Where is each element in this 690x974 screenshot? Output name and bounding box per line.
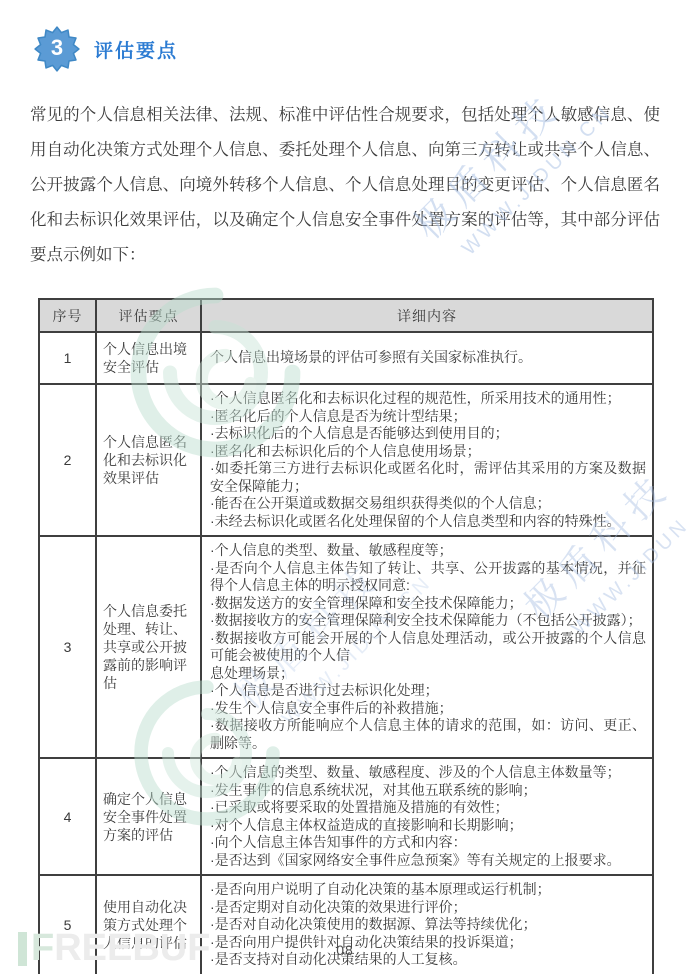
detail-item: ·已采取或将要采取的处置措施及措施的有效性； [210, 799, 646, 817]
details-cell: ·个人信息匿名化和去标识化过程的规范性，所采用技术的通用性；·匿名化后的个人信息… [201, 384, 653, 536]
row-number-cell: 2 [39, 384, 96, 536]
assessment-table: 序号 评估要点 详细内容 1个人信息出境安全评估个人信息出境场景的评估可参照有关… [38, 298, 654, 974]
table-body: 1个人信息出境安全评估个人信息出境场景的评估可参照有关国家标准执行。2个人信息匿… [39, 332, 653, 974]
detail-item: ·个人信息是否进行过去标识化处理； [210, 682, 646, 700]
col-header-point: 评估要点 [96, 299, 201, 332]
col-header-details: 详细内容 [201, 299, 653, 332]
details-cell: ·是否向用户说明了自动化决策的基本原理或运行机制；·是否定期对自动化决策的效果进… [201, 875, 653, 974]
detail-item: ·是否向个人信息主体告知了转让、共享、公开拔露的基本情况，并征得个人信息主体的明… [210, 560, 646, 595]
detail-item: ·个人信息匿名化和去标识化过程的规范性，所采用技术的通用性； [210, 390, 646, 408]
detail-item: ·是否定期对自动化决策的效果进行评价； [210, 899, 646, 917]
detail-item: ·向个人信息主体告知事件的方式和内容： [210, 834, 646, 852]
table-row: 4确定个人信息安全事件处置方案的评估·个人信息的类型、数量、敏感程度、涉及的个人… [39, 758, 653, 875]
section-title: 评估要点 [94, 36, 178, 63]
row-number-cell: 3 [39, 536, 96, 758]
section-header: 3 评估要点 [34, 26, 690, 72]
table-row: 1个人信息出境安全评估个人信息出境场景的评估可参照有关国家标准执行。 [39, 332, 653, 384]
detail-item: ·去标识化后的个人信息是否能够达到使用目的； [210, 425, 646, 443]
intro-paragraph: 常见的个人信息相关法律、法规、标准中评估性合规要求，包括处理个人敏感信息、使用自… [30, 98, 660, 273]
detail-item: ·是否对自动化决策使用的数据源、算法等持续优化； [210, 916, 646, 934]
row-number-cell: 1 [39, 332, 96, 384]
document-page: 3 评估要点 常见的个人信息相关法律、法规、标准中评估性合规要求，包括处理个人敏… [0, 0, 690, 974]
page-number: 08 [0, 942, 690, 958]
details-cell: 个人信息出境场景的评估可参照有关国家标准执行。 [201, 332, 653, 384]
detail-item: ·匿名化和去标识化后的个人信息使用场景； [210, 443, 646, 461]
detail-item: ·个人信息的类型、数量、敏感程度等； [210, 542, 646, 560]
detail-item: ·未经去标识化或匿名化处理保留的个人信息类型和内容的特殊性。 [210, 513, 646, 531]
assessment-point-cell: 个人信息匿名化和去标识化效果评估 [96, 384, 201, 536]
col-header-no: 序号 [39, 299, 96, 332]
detail-item: ·数据接收方可能会开展的个人信息处理活动，或公开披露的个人信息可能会被使用的个人… [210, 630, 646, 683]
table-header-row: 序号 评估要点 详细内容 [39, 299, 653, 332]
detail-item: ·发生事件的信息系统状况，对其他五联系统的影响； [210, 782, 646, 800]
detail-item: ·能否在公开渠道或数据交易组织获得类似的个人信息； [210, 495, 646, 513]
detail-item: ·个人信息的类型、数量、敏感程度、涉及的个人信息主体数量等； [210, 764, 646, 782]
detail-item: ·数据接收方所能响应个人信息主体的请求的范围，如：访问、更正、删除等。 [210, 717, 646, 752]
table-row: 3个人信息委托处理、转让、共享或公开披露前的影响评估·个人信息的类型、数量、敏感… [39, 536, 653, 758]
row-number-cell: 4 [39, 758, 96, 875]
section-number-badge: 3 [34, 26, 80, 72]
detail-item: 个人信息出境场景的评估可参照有关国家标准执行。 [210, 349, 646, 367]
assessment-point-cell: 确定个人信息安全事件处置方案的评估 [96, 758, 201, 875]
table-row: 2个人信息匿名化和去标识化效果评估·个人信息匿名化和去标识化过程的规范性，所采用… [39, 384, 653, 536]
detail-item: ·发生个人信息安全事件后的补救措施； [210, 700, 646, 718]
details-cell: ·个人信息的类型、数量、敏感程度等；·是否向个人信息主体告知了转让、共享、公开拔… [201, 536, 653, 758]
detail-item: ·数据接收方的安全管理保障利安全技术保障能力（不包括公开披露）； [210, 612, 646, 630]
detail-item: ·是否向用户说明了自动化决策的基本原理或运行机制； [210, 881, 646, 899]
detail-item: ·匿名化后的个人信息是否为统计型结果； [210, 408, 646, 426]
detail-item: ·如委托第三方进行去标识化或匿名化时，需评估其采用的方案及数据安全保障能力； [210, 460, 646, 495]
details-cell: ·个人信息的类型、数量、敏感程度、涉及的个人信息主体数量等；·发生事件的信息系统… [201, 758, 653, 875]
assessment-point-cell: 个人信息出境安全评估 [96, 332, 201, 384]
section-number: 3 [34, 26, 80, 72]
detail-item: ·对个人信息主体权益造成的直接影响和长期影响； [210, 817, 646, 835]
detail-item: ·数据发送方的安全管理保障和安全技术保障能力； [210, 595, 646, 613]
assessment-point-cell: 个人信息委托处理、转让、共享或公开披露前的影响评估 [96, 536, 201, 758]
detail-item: ·是否达到《国家网络安全事件应急预案》等有关规定的上报要求。 [210, 852, 646, 870]
